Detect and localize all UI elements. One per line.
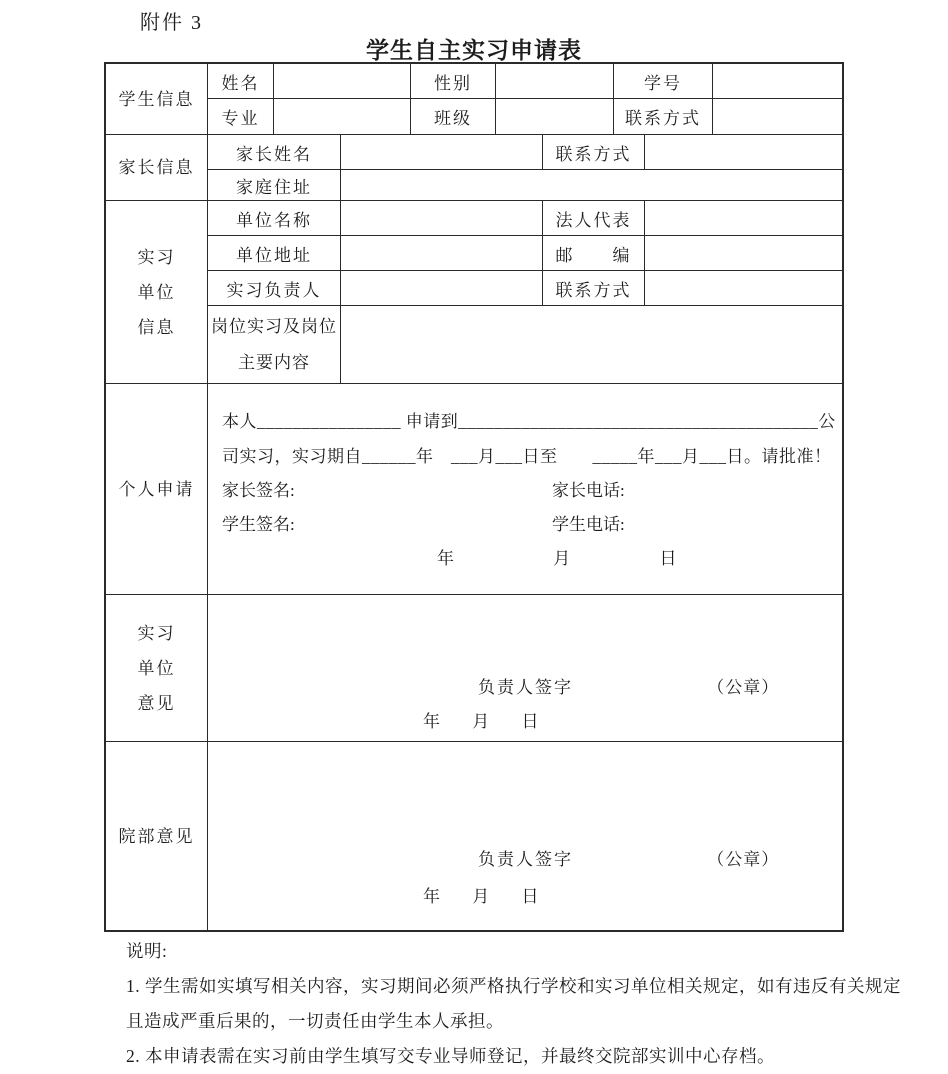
- section-unit-opinion: 实习 单位 意见 负责人签字 （公章） 年 月 日: [106, 595, 842, 742]
- parent-signature-row: 家长签名: 家长电话:: [222, 474, 830, 508]
- job-content-input-cell: [341, 306, 842, 383]
- responsible-signature-label: 负责人签字: [478, 850, 573, 869]
- section-dept-opinion: 院部意见 负责人签字 （公章） 年 月 日: [106, 742, 842, 930]
- date-month-label: 月: [553, 549, 570, 568]
- table-row: 姓名 性别 学号: [208, 64, 842, 99]
- parent-info-label: 家长信息: [106, 135, 208, 200]
- unit-address-input-cell: [341, 236, 543, 270]
- unit-info-content: 单位名称 法人代表 单位地址 邮 编 实习负责人 联系方式: [208, 201, 842, 383]
- notes-block: 说明: 1. 学生需如实填写相关内容，实习期间必须严格执行学校和实习单位相关规定…: [126, 934, 918, 1074]
- unit-opinion-date-line: 年 月 日: [208, 707, 842, 732]
- student-contact-input-cell: [713, 99, 842, 134]
- date-year-label: 年: [437, 549, 454, 568]
- gender-label: 性别: [411, 64, 496, 98]
- section-personal-application: 个人申请 本人________________ 申请到_____________…: [106, 384, 842, 595]
- personal-application-content: 本人________________ 申请到__________________…: [208, 384, 842, 594]
- application-form-table: 学生信息 姓名 性别 学号 专业 班级 联系方式: [104, 62, 844, 932]
- unit-name-label: 单位名称: [208, 201, 341, 235]
- unit-opinion-content: 负责人签字 （公章） 年 月 日: [208, 595, 842, 741]
- home-address-label: 家庭住址: [208, 170, 341, 200]
- class-input-cell: [496, 99, 614, 134]
- unit-opinion-sign-line: 负责人签字 （公章）: [208, 673, 842, 698]
- student-signature-label: 学生签名:: [222, 508, 552, 542]
- application-text-line-1: 本人________________ 申请到__________________…: [222, 404, 830, 439]
- application-date-line: 年 月 日: [222, 542, 830, 576]
- date-day-label: 日: [660, 549, 677, 568]
- official-seal-label: （公章）: [707, 850, 779, 869]
- unit-supervisor-label: 实习负责人: [208, 271, 341, 305]
- dept-opinion-sign-line: 负责人签字 （公章）: [208, 845, 842, 870]
- date-month-label: 月: [472, 887, 489, 906]
- name-input-cell: [274, 64, 411, 98]
- major-input-cell: [274, 99, 411, 134]
- unit-info-label: 实习 单位 信息: [106, 201, 208, 383]
- unit-contact-input-cell: [645, 271, 842, 305]
- parent-info-content: 家长姓名 联系方式 家庭住址: [208, 135, 842, 200]
- parent-phone-label: 家长电话:: [552, 474, 625, 508]
- notes-heading: 说明:: [126, 934, 918, 969]
- note-item-1: 1. 学生需如实填写相关内容，实习期间必须严格执行学校和实习单位相关规定，如有违…: [126, 969, 918, 1039]
- parent-name-label: 家长姓名: [208, 135, 341, 169]
- table-row: 岗位实习及岗位 主要内容: [208, 306, 842, 383]
- student-info-label: 学生信息: [106, 64, 208, 134]
- name-label: 姓名: [208, 64, 274, 98]
- job-content-label: 岗位实习及岗位 主要内容: [208, 306, 341, 383]
- form-title: 学生自主实习申请表: [0, 32, 948, 65]
- dept-opinion-date-line: 年 月 日: [208, 882, 842, 907]
- student-contact-label: 联系方式: [614, 99, 713, 134]
- dept-opinion-label: 院部意见: [106, 742, 208, 930]
- document-page: 附件 3 学生自主实习申请表 学生信息 姓名 性别 学号 专业 班: [0, 0, 948, 1074]
- table-row: 实习负责人 联系方式: [208, 271, 842, 306]
- postal-code-label: 邮 编: [543, 236, 645, 270]
- date-year-label: 年: [423, 887, 440, 906]
- student-info-content: 姓名 性别 学号 专业 班级 联系方式: [208, 64, 842, 134]
- date-day-label: 日: [522, 887, 539, 906]
- table-row: 家长姓名 联系方式: [208, 135, 842, 170]
- unit-address-label: 单位地址: [208, 236, 341, 270]
- responsible-signature-label: 负责人签字: [478, 678, 573, 697]
- table-row: 单位名称 法人代表: [208, 201, 842, 236]
- parent-signature-label: 家长签名:: [222, 474, 552, 508]
- table-row: 家庭住址: [208, 170, 842, 200]
- table-row: 专业 班级 联系方式: [208, 99, 842, 134]
- student-signature-row: 学生签名: 学生电话:: [222, 508, 830, 542]
- application-text-line-2: 司实习，实习期自______年 ___月___日至 _____年___月___日…: [222, 439, 830, 474]
- date-year-label: 年: [423, 712, 440, 731]
- note-item-2: 2. 本申请表需在实习前由学生填写交专业导师登记，并最终交院部实训中心存档。: [126, 1039, 918, 1074]
- parent-contact-input-cell: [645, 135, 842, 169]
- section-unit-info: 实习 单位 信息 单位名称 法人代表 单位地址 邮 编 实习: [106, 201, 842, 384]
- postal-code-input-cell: [645, 236, 842, 270]
- official-seal-label: （公章）: [707, 678, 779, 697]
- gender-input-cell: [496, 64, 614, 98]
- student-phone-label: 学生电话:: [552, 508, 625, 542]
- class-label: 班级: [411, 99, 496, 134]
- home-address-input-cell: [341, 170, 842, 200]
- unit-opinion-label: 实习 单位 意见: [106, 595, 208, 741]
- parent-contact-label: 联系方式: [543, 135, 645, 169]
- legal-rep-label: 法人代表: [543, 201, 645, 235]
- legal-rep-input-cell: [645, 201, 842, 235]
- date-day-label: 日: [522, 712, 539, 731]
- section-student-info: 学生信息 姓名 性别 学号 专业 班级 联系方式: [106, 64, 842, 135]
- student-id-label: 学号: [614, 64, 713, 98]
- unit-contact-label: 联系方式: [543, 271, 645, 305]
- student-id-input-cell: [713, 64, 842, 98]
- major-label: 专业: [208, 99, 274, 134]
- unit-supervisor-input-cell: [341, 271, 543, 305]
- attachment-label: 附件 3: [140, 6, 203, 35]
- unit-name-input-cell: [341, 201, 543, 235]
- table-row: 单位地址 邮 编: [208, 236, 842, 271]
- dept-opinion-content: 负责人签字 （公章） 年 月 日: [208, 742, 842, 930]
- date-month-label: 月: [472, 712, 489, 731]
- personal-application-label: 个人申请: [106, 384, 208, 594]
- section-parent-info: 家长信息 家长姓名 联系方式 家庭住址: [106, 135, 842, 201]
- parent-name-input-cell: [341, 135, 543, 169]
